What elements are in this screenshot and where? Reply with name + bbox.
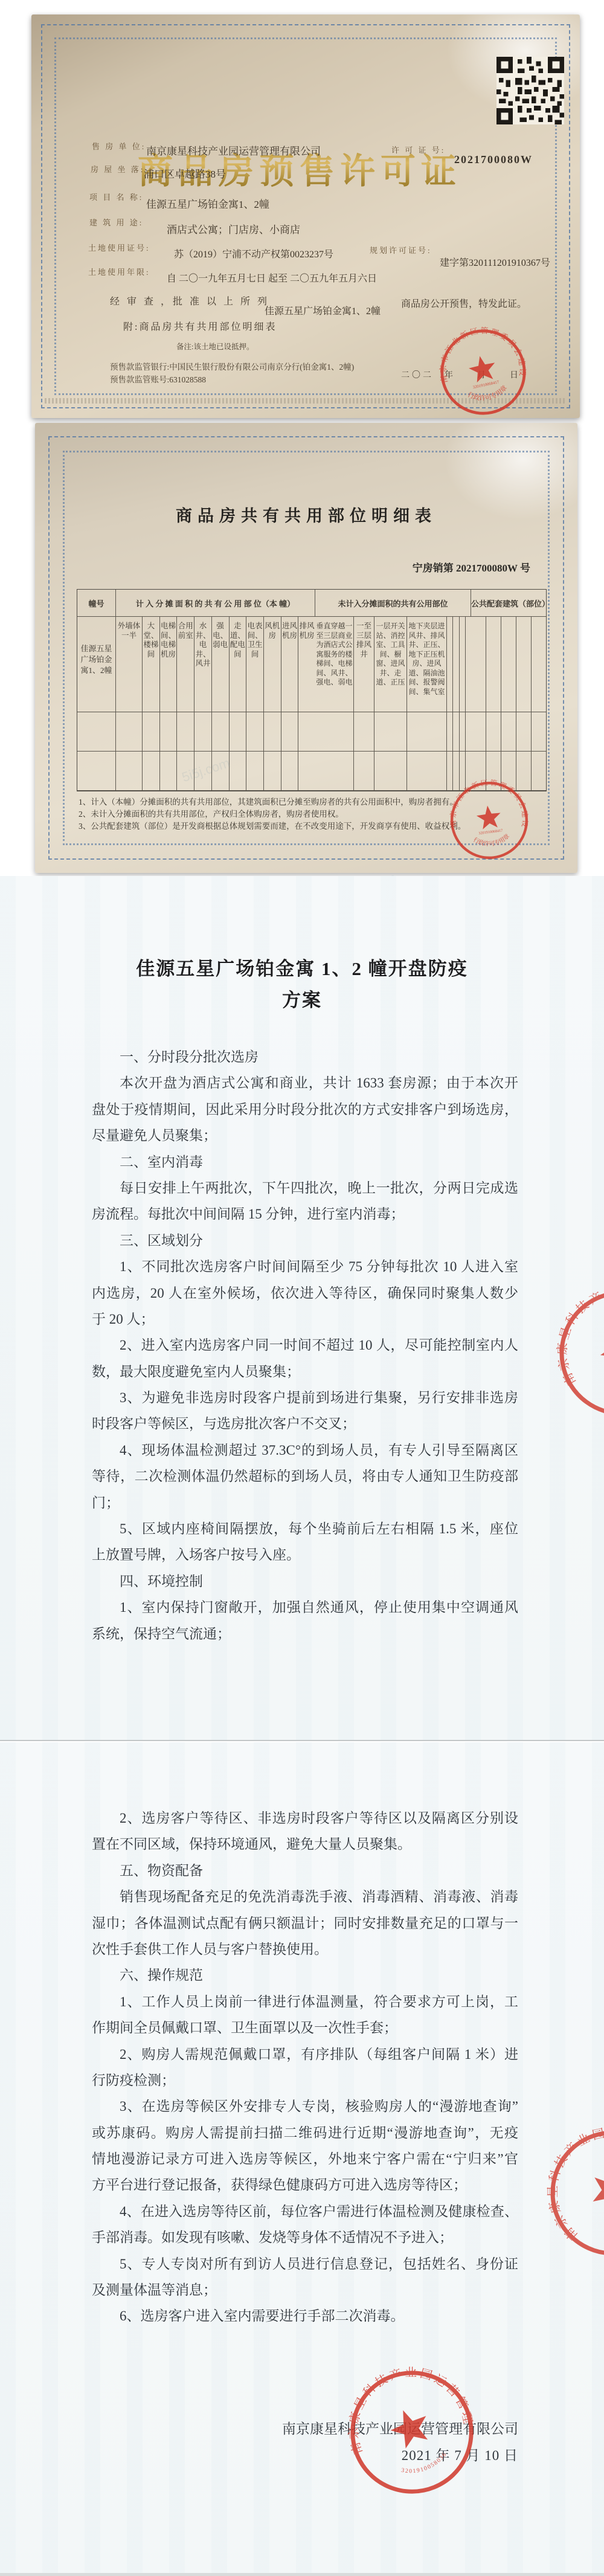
plan-line: 方平台进行登记报备，获得绿色健康码方可进入选房等待区；	[92, 2172, 518, 2198]
company-seal	[327, 2347, 496, 2517]
plan-line: 1、工作人员上岗前一律进行体温测量，符合要求方可上岗，工	[92, 1989, 518, 2015]
included-cells: 外墙体一半 大堂、楼梯间 电梯间、电梯机房 合用前室 水井、电井、风井 强电、弱…	[116, 617, 315, 712]
excluded-cells: 垂直穿越一至三层商业为酒店式公寓服务的楼梯间、电梯间、风井、强电、弱电 一至三层…	[315, 617, 471, 712]
empty-cell	[281, 712, 299, 752]
plan-line: 时段客户等候区，与选房批次客户不交叉；	[92, 1411, 518, 1437]
excluded-cell: 一至三层排风井	[354, 617, 374, 712]
approval-pre: 经 审 查 ，批 准 以 上 所 列	[110, 294, 269, 308]
plan-page-2: 2、选房客户等待区、非选房时段客户等待区以及隔离区分别设 置在不同区域，保持环境…	[0, 1742, 604, 2576]
empty-cell	[143, 752, 160, 791]
plan-line: 4、现场体温检测超过 37.3C°的到场人员，有专人引导至隔离区	[92, 1437, 518, 1463]
empty-cell	[532, 617, 546, 712]
authority-seal	[429, 318, 537, 418]
bank-line: 预售款监管银行:中国民生银行股份有限公司南京分行(铂金寓1、2幢)	[110, 360, 354, 372]
empty-cell	[374, 712, 407, 752]
empty-cell	[315, 712, 354, 752]
plan-line: 上放置号牌，入场客户按号入座。	[92, 1542, 518, 1568]
empty-cell	[77, 752, 116, 791]
plan-line: 等待，二次检测体温仍然超标的到场人员，将由专人通知卫生防疫部	[92, 1463, 518, 1489]
label-land-cert: 土地使用证号:	[88, 242, 150, 253]
empty-cell	[471, 712, 486, 752]
value-land-cert: 苏（2019）宁浦不动产权第0023237号	[174, 246, 333, 260]
col-header-included: 计 入 分 摊 面 积 的 共 有 公 用 部 位（本 幢）	[116, 590, 315, 617]
empty-cell	[116, 712, 143, 752]
plan-line: 六、操作规范	[92, 1962, 518, 1988]
plan-line: 置在不同区域，保持环境通风，避免大量人员聚集。	[92, 1831, 518, 1857]
plan-line: 本次开盘为酒店式公寓和商业，共计 1633 套房源；由于本次开	[92, 1070, 518, 1096]
plan-line: 于 20 人；	[92, 1306, 518, 1332]
empty-cell	[460, 712, 466, 752]
label-license-no: 许 可 证 号:	[391, 144, 445, 155]
shared-parts-table: 幢号 计 入 分 摊 面 积 的 共 有 公 用 部 位（本 幢） 未计入分摊面…	[77, 589, 547, 791]
empty-cell	[143, 712, 160, 752]
value-plan-cert: 建字第320111201910367号	[440, 255, 550, 269]
empty-cell	[516, 617, 532, 712]
empty-cell	[453, 617, 459, 712]
plan-line: 5、专人专岗对所有到访人员进行信息登记，包括姓名、身份证	[92, 2251, 518, 2277]
empty-cell	[230, 712, 247, 752]
empty-cell	[447, 617, 453, 712]
empty-cell	[501, 712, 516, 752]
empty-cell	[298, 752, 315, 791]
excluded-cell: 地下夹层进风井、排风井、正压、地下正压机房、进风道、隔油池间、报警阀间、集气室	[407, 617, 447, 712]
empty-cell	[407, 712, 447, 752]
building-name-cell: 佳源五星 广场铂金 寓1、2幢	[77, 617, 116, 712]
empty-cell	[374, 752, 407, 791]
value-project: 佳源五星广场铂金寓1、2幢	[146, 196, 269, 211]
empty-cell	[447, 712, 453, 752]
col-header-excluded: 未计入分摊面积的共有公用部位	[315, 590, 471, 617]
empty-cell	[354, 752, 374, 791]
plan-line: 销售现场配备充足的免洗消毒洗手液、消毒酒精、消毒液、消毒	[92, 1884, 518, 1910]
table-doc-title: 商品房共有共用部位明细表	[125, 503, 487, 526]
plan-line: 盘处于疫情期间，因此采用分时段分批次的方式安排客户到场选房，	[92, 1096, 518, 1122]
qr-code	[496, 57, 564, 124]
label-seller: 售 房 单 位:	[92, 140, 146, 152]
public-cells	[471, 617, 546, 712]
included-cell: 电表间、卫生间	[246, 617, 264, 712]
plan-title-line2: 方案	[0, 985, 604, 1012]
label-usage: 建 筑 用 途:	[89, 216, 143, 228]
account-line: 预售款监管账号:631028588	[110, 373, 206, 385]
empty-cell	[281, 752, 299, 791]
authority-seal	[443, 774, 535, 866]
included-cell: 合用前室	[177, 617, 194, 712]
label-project: 项 目 名 称:	[89, 191, 143, 202]
plan-line: 或苏康码。购房人需提前扫描二维码进行近期“漫游地查询”，无疫	[92, 2120, 518, 2146]
excluded-cell: 垂直穿越一至三层商业为酒店式公寓服务的楼梯间、电梯间、风井、强电、弱电	[315, 617, 354, 712]
empty-cell	[486, 617, 501, 712]
empty-cell	[116, 752, 143, 791]
plan-line: 6、选房客户进入室内需要进行手部二次消毒。	[92, 2303, 518, 2329]
plan-line: 尽量避免人员聚集；	[92, 1122, 518, 1148]
included-cell: 外墙体一半	[116, 617, 143, 712]
plan-line: 行防疫检测；	[92, 2067, 518, 2093]
empty-cell	[516, 712, 532, 752]
label-land-term: 土地使用年限:	[88, 266, 150, 277]
plan-line: 一、分时段分批次选房	[92, 1044, 518, 1070]
empty-cell	[246, 712, 264, 752]
included-cell: 强电、弱电	[212, 617, 230, 712]
plan-line: 情地漫游记录方可进入选房等候区，外地来宁客户需在“宁归来”官	[92, 2146, 518, 2172]
empty-cell	[466, 617, 471, 712]
plan-line: 二、室内消毒	[92, 1149, 518, 1175]
value-land-term: 自 二〇一九年五月七日 起至 二〇五九年五月六日	[167, 271, 377, 285]
plan-line: 3、为避免非选房时段客户提前到场进行集聚，另行安排非选房	[92, 1385, 518, 1411]
plan-line: 及测量体温等消息；	[92, 2277, 518, 2303]
plan-line: 每日安排上午两批次，下午四批次，晚上一批次，分两日完成选	[92, 1175, 518, 1201]
empty-cell	[532, 752, 546, 791]
plan-title-line1: 佳源五星广场铂金寓 1、2 幢开盘防疫	[0, 953, 604, 980]
empty-cell	[532, 712, 546, 752]
col-header-building: 幢号	[77, 590, 116, 617]
plan-line: 数，最大限度避免室内人员聚集；	[92, 1359, 518, 1385]
empty-cell	[160, 752, 178, 791]
plan-line: 2、购房人需规范佩戴口罩，有序排队（每组客户间隔 1 米）进	[92, 2041, 518, 2067]
plan-line: 四、环境控制	[92, 1568, 518, 1594]
remark-line: 备注:该土地已设抵押。	[176, 341, 254, 352]
empty-cell	[315, 752, 354, 791]
plan-line: 2、进入室内选房客户同一时间不超过 10 人，尽可能控制室内人	[92, 1332, 518, 1358]
empty-cell	[194, 712, 212, 752]
company-edge-seal	[530, 1261, 604, 1444]
empty-cell	[486, 712, 501, 752]
plan-line: 内选房，20 人在室外候场，依次进入等待区，确保同时聚集人数少	[92, 1280, 518, 1306]
empty-cell	[466, 712, 471, 752]
plan-body-page1: 一、分时段分批次选房 本次开盘为酒店式公寓和商业，共计 1633 套房源；由于本…	[92, 1044, 518, 1647]
label-plan-cert: 规划许可证号:	[370, 244, 432, 256]
included-cell: 风机房	[264, 617, 281, 712]
company-edge-seal	[519, 2099, 604, 2287]
plan-line: 三、区域划分	[92, 1228, 518, 1254]
col-header-public: 公共配套建筑（部位）	[471, 590, 546, 617]
plan-line: 2、选房客户等待区、非选房时段客户等待区以及隔离区分别设	[92, 1805, 518, 1831]
empty-cell	[264, 712, 281, 752]
scan-bottom-edge	[0, 2573, 604, 2576]
plan-line: 次性手套供工作人员与客户替换使用。	[92, 1936, 518, 1962]
empty-cell	[354, 712, 374, 752]
included-cell: 进风机房	[281, 617, 299, 712]
empty-cell	[77, 712, 116, 752]
empty-cell	[298, 712, 315, 752]
plan-line: 五、物资配备	[92, 1858, 518, 1884]
empty-cell	[407, 752, 447, 791]
plan-line: 房流程。每批次中间间隔 15 分钟，进行室内消毒；	[92, 1201, 518, 1227]
approval-post: 商品房公开预售，特发此证。	[401, 296, 527, 310]
plan-line: 4、在进入选房等待区前，每位客户需进行体温检测及健康检查、	[92, 2198, 518, 2224]
table-doc-number: 宁房销第 2021700080W 号	[349, 559, 530, 575]
plan-line: 5、区域内座椅间隔摆放，每个坐骑前后左右相隔 1.5 米，座位	[92, 1516, 518, 1542]
empty-cell	[177, 712, 194, 752]
plan-body-page2: 2、选房客户等待区、非选房时段客户等待区以及隔离区分别设 置在不同区域，保持环境…	[92, 1805, 518, 2330]
included-cell: 排风机房	[298, 617, 315, 712]
empty-cell	[460, 617, 466, 712]
empty-cell	[230, 752, 247, 791]
plan-page-1: 佳源五星广场铂金寓 1、2 幢开盘防疫 方案 一、分时段分批次选房 本次开盘为酒…	[0, 876, 604, 1741]
empty-cell	[246, 752, 264, 791]
value-usage: 酒店式公寓；门店房、小商店	[167, 221, 300, 236]
included-cell: 走道、配电间	[230, 617, 247, 712]
plan-line: 门；	[92, 1490, 518, 1516]
excluded-cell: 一层开关站、消控室、工具间、橱窗、进风井、走道、正压	[374, 617, 407, 712]
approval-project: 佳源五星广场铂金寓1、2幢	[265, 303, 381, 317]
value-location: 浦口区卓越路38号	[144, 166, 226, 181]
plan-line: 湿巾；各体温测试点配有俩只额温计；同时安排数量充足的口罩与一	[92, 1910, 518, 1936]
value-license-no: 2021700080W	[454, 153, 533, 166]
plan-line: 手部消毒。如发现有咳嗽、发烧等身体不适情况不予进入；	[92, 2224, 518, 2250]
scanned-document-page: 商品房预售许可证	[0, 0, 604, 2576]
shared-parts-table-photo: 商品房共有共用部位明细表 宁房销第 2021700080W 号 幢号 计 入 分…	[35, 423, 577, 873]
included-cell: 大堂、楼梯间	[143, 617, 160, 712]
included-cell: 电梯间、电梯机房	[160, 617, 178, 712]
plan-line: 3、在选房等候区外安排专人专岗，核验购房人的“漫游地查询”	[92, 2093, 518, 2119]
plan-line: 1、室内保持门窗敞开，加强自然通风，停止使用集中空调通风	[92, 1594, 518, 1620]
included-cell: 水井、电井、风井	[194, 617, 212, 712]
empty-cell	[264, 752, 281, 791]
presale-permit-photo: 商品房预售许可证	[31, 14, 580, 418]
label-location: 房 屋 坐 落:	[91, 163, 144, 175]
attachment-line: 附:商品房共有共用部位明细表	[123, 319, 277, 333]
plan-line: 系统，保持空气流通；	[92, 1621, 518, 1647]
plan-line: 作期间全员佩戴口罩、卫生面罩以及一次性手套；	[92, 2015, 518, 2041]
empty-cell	[212, 712, 230, 752]
empty-cell	[471, 617, 486, 712]
value-seller: 南京康星科技产业园运营管理有限公司	[146, 143, 321, 158]
empty-cell	[453, 712, 459, 752]
empty-cell	[501, 617, 516, 712]
empty-cell	[160, 712, 178, 752]
plan-line: 1、不同批次选房客户时间间隔至少 75 分钟每批次 10 人进入室	[92, 1254, 518, 1280]
